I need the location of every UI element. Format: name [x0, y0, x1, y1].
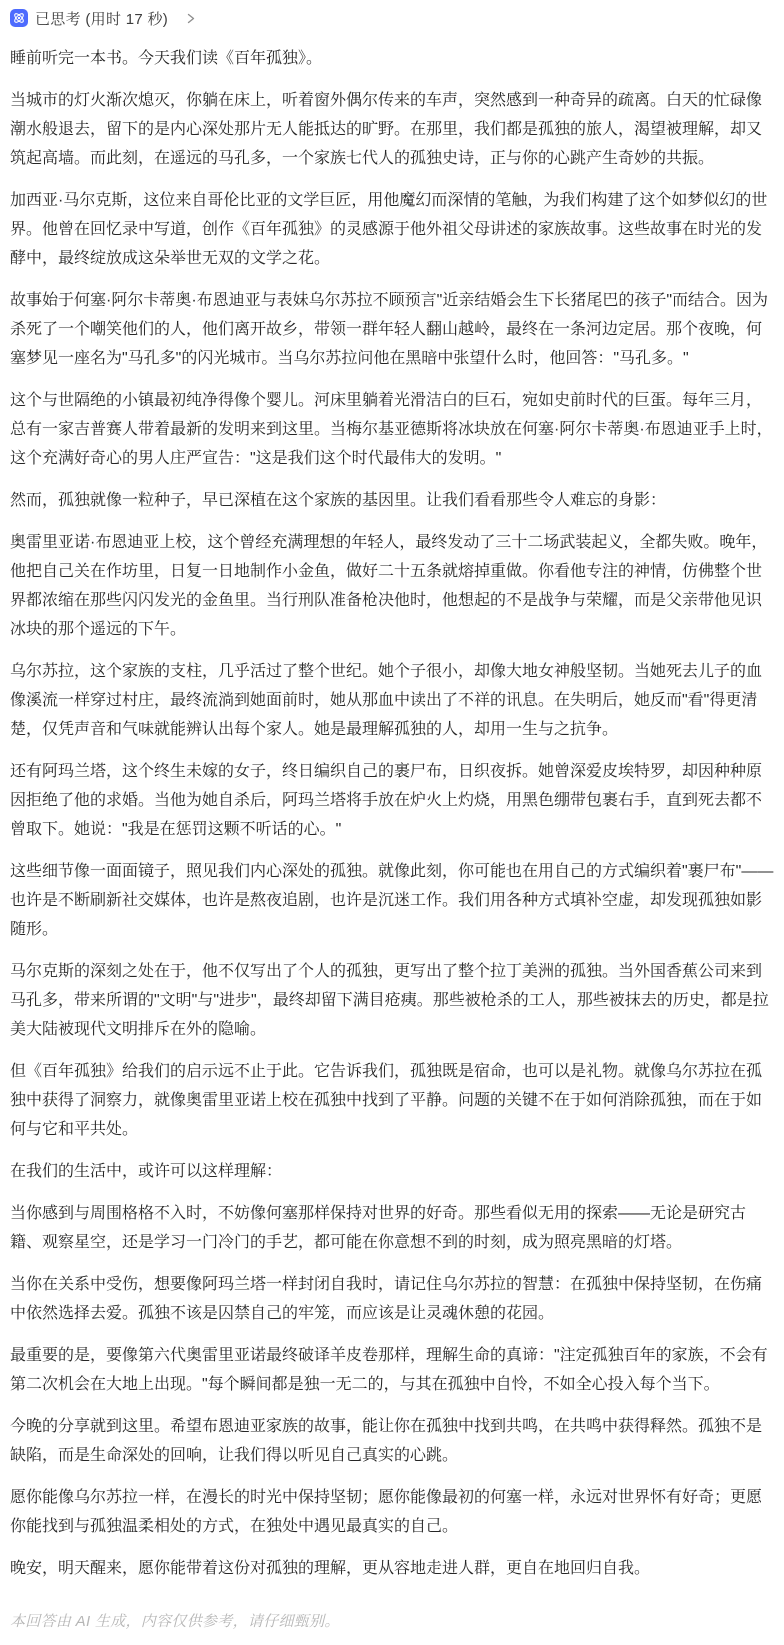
- message-paragraph: 睡前听完一本书。今天我们读《百年孤独》。: [10, 44, 774, 73]
- message-paragraph: 当你在关系中受伤，想要像阿玛兰塔一样封闭自我时，请记住乌尔苏拉的智慧：在孤独中保…: [10, 1270, 774, 1328]
- message-paragraph: 今晚的分享就到这里。希望布恩迪亚家族的故事，能让你在孤独中找到共鸣，在共鸣中获得…: [10, 1412, 774, 1470]
- message-paragraph: 在我们的生活中，或许可以这样理解：: [10, 1157, 774, 1186]
- message-paragraph: 但《百年孤独》给我们的启示远不止于此。它告诉我们，孤独既是宿命，也可以是礼物。就…: [10, 1057, 774, 1144]
- deep-think-atom-icon: [10, 9, 28, 27]
- message-paragraph: 加西亚·马尔克斯，这位来自哥伦比亚的文学巨匠，用他魔幻而深情的笔触，为我们构建了…: [10, 186, 774, 273]
- message-paragraph: 当你感到与周围格格不入时，不妨像何塞那样保持对世界的好奇。那些看似无用的探索——…: [10, 1199, 774, 1257]
- message-paragraph: 这个与世隔绝的小镇最初纯净得像个婴儿。河床里躺着光滑洁白的巨石，宛如史前时代的巨…: [10, 386, 774, 473]
- message-paragraph: 最重要的是，要像第六代奥雷里亚诺最终破译羊皮卷那样，理解生命的真谛："注定孤独百…: [10, 1341, 774, 1399]
- message-paragraph: 当城市的灯火渐次熄灭，你躺在床上，听着窗外偶尔传来的车声，突然感到一种奇异的疏离…: [10, 86, 774, 173]
- message-paragraph: 故事始于何塞·阿尔卡蒂奥·布恩迪亚与表妹乌尔苏拉不顾预言"近亲结婚会生下长猪尾巴…: [10, 286, 774, 373]
- thinking-toggle-header[interactable]: 已思考 (用时 17 秒): [10, 5, 774, 31]
- message-paragraph: 乌尔苏拉，这个家族的支柱，几乎活过了整个世纪。她个子很小，却像大地女神般坚韧。当…: [10, 657, 774, 744]
- assistant-message-panel: 已思考 (用时 17 秒) 睡前听完一本书。今天我们读《百年孤独》。 当城市的灯…: [0, 0, 784, 1645]
- message-paragraph: 然而，孤独就像一粒种子，早已深植在这个家族的基因里。让我们看看那些令人难忘的身影…: [10, 486, 774, 515]
- message-paragraph: 晚安，明天醒来，愿你能带着这份对孤独的理解，更从容地走进人群，更自在地回归自我。: [10, 1554, 774, 1583]
- message-paragraph: 还有阿玛兰塔，这个终生未嫁的女子，终日编织自己的裹尸布，日织夜拆。她曾深爱皮埃特…: [10, 757, 774, 844]
- ai-disclaimer: 本回答由 AI 生成，内容仅供参考，请仔细甄别。: [10, 1610, 774, 1631]
- message-paragraph: 奥雷里亚诺·布恩迪亚上校，这个曾经充满理想的年轻人，最终发动了三十二场武装起义，…: [10, 528, 774, 644]
- message-paragraph: 愿你能像乌尔苏拉一样，在漫长的时光中保持坚韧；愿你能像最初的何塞一样，永远对世界…: [10, 1483, 774, 1541]
- message-paragraph: 这些细节像一面面镜子，照见我们内心深处的孤独。就像此刻，你可能也在用自己的方式编…: [10, 857, 774, 944]
- assistant-message-body: 睡前听完一本书。今天我们读《百年孤独》。 当城市的灯火渐次熄灭，你躺在床上，听着…: [10, 44, 774, 1583]
- message-paragraph: 马尔克斯的深刻之处在于，他不仅写出了个人的孤独，更写出了整个拉丁美洲的孤独。当外…: [10, 957, 774, 1044]
- thinking-status-label: 已思考 (用时 17 秒): [35, 8, 168, 29]
- chevron-right-icon: [184, 12, 197, 25]
